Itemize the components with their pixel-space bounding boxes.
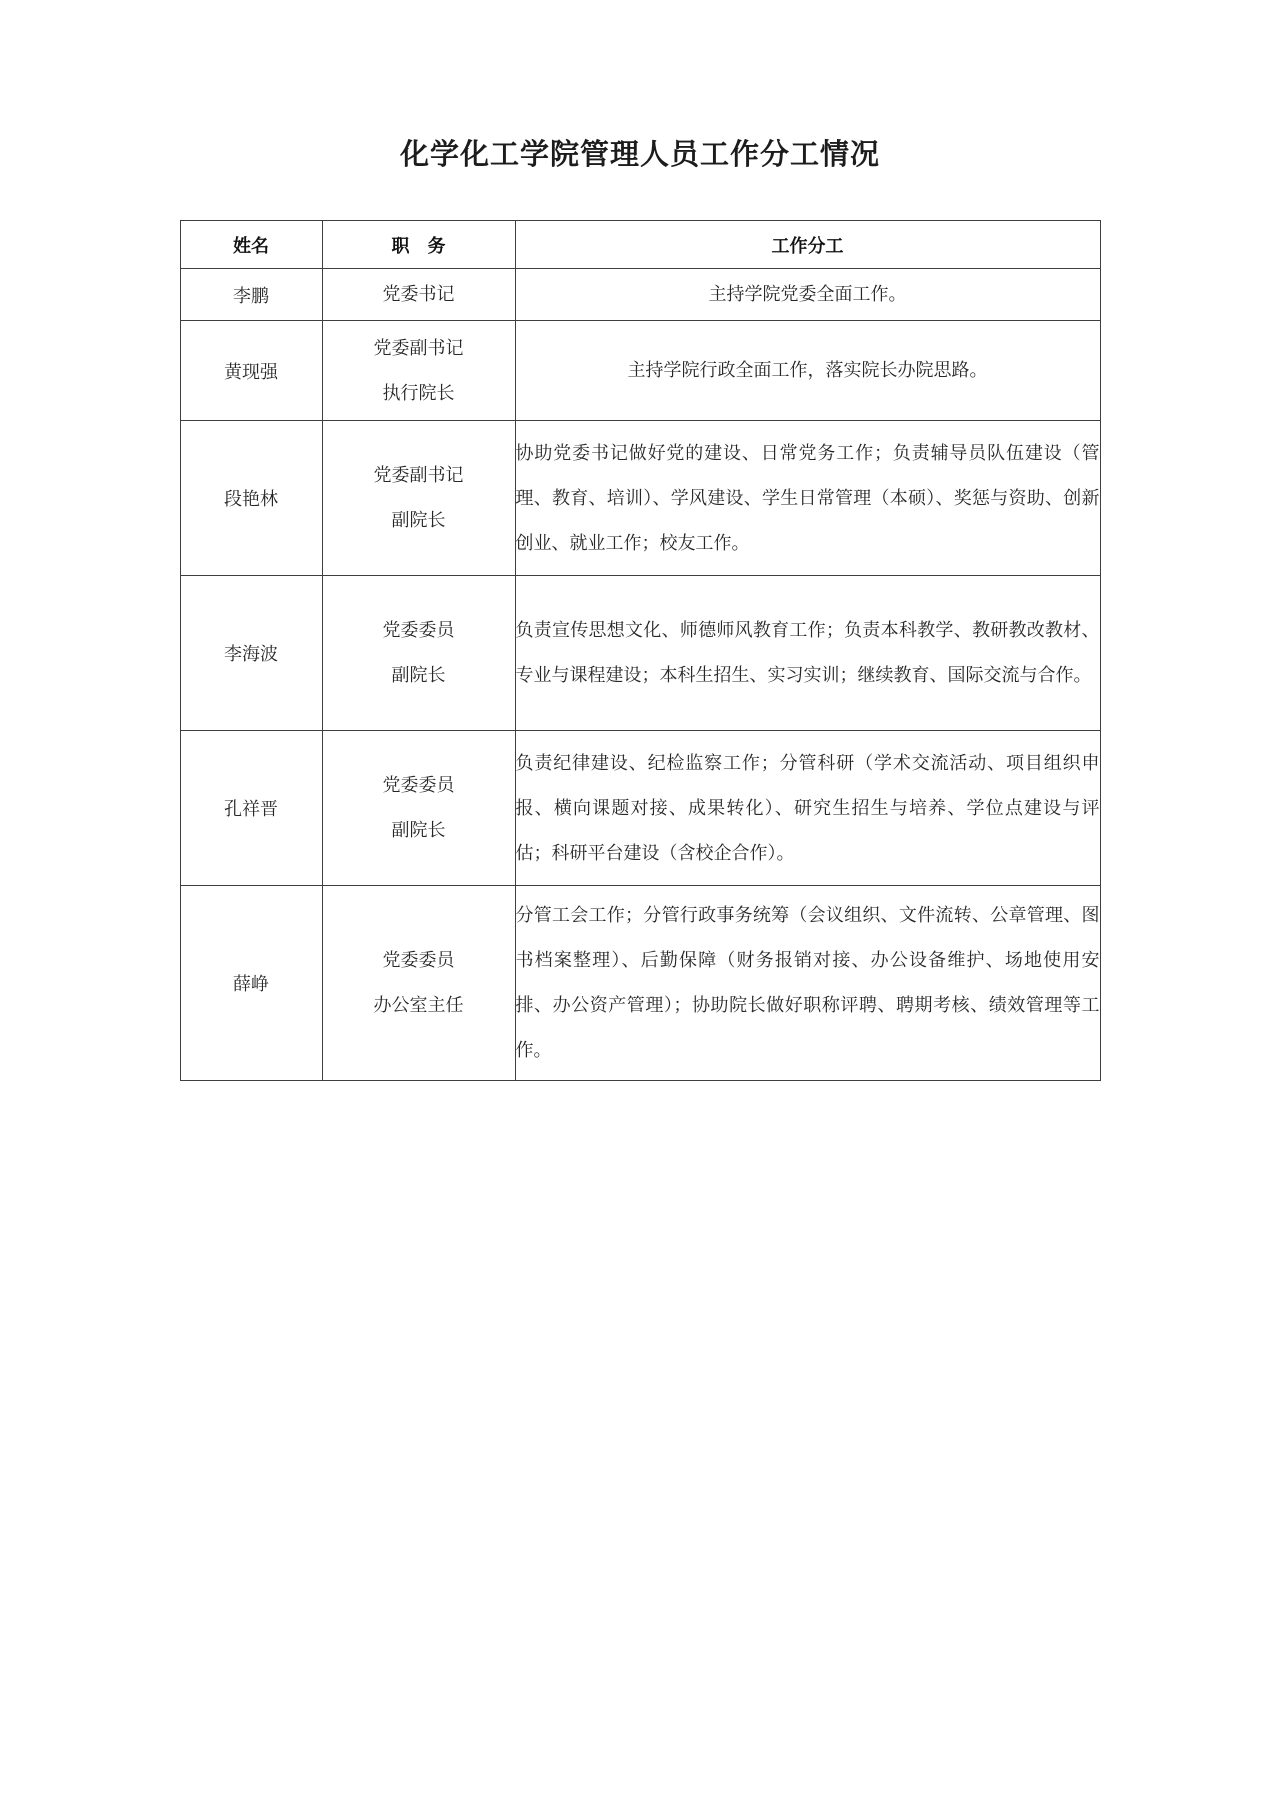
- position-line-1: 党委副书记: [323, 453, 515, 498]
- position-line-1: 党委委员: [323, 608, 515, 653]
- document-page: 化学化工学院管理人员工作分工情况 姓名 职 务 工作分工 李鹏 党委书记 主持学…: [0, 0, 1280, 1810]
- position-line-2: 执行院长: [323, 371, 515, 416]
- position-line-2: 副院长: [323, 498, 515, 543]
- table-header-row: 姓名 职 务 工作分工: [180, 221, 1100, 269]
- duties-cell: 负责宣传思想文化、师德师风教育工作；负责本科教学、教研教改教材、专业与课程建设；…: [515, 576, 1100, 731]
- duties-cell: 负责纪律建设、纪检监察工作；分管科研（学术交流活动、项目组织申报、横向课题对接、…: [515, 731, 1100, 886]
- table-row: 李海波 党委委员 副院长 负责宣传思想文化、师德师风教育工作；负责本科教学、教研…: [180, 576, 1100, 731]
- name-cell: 孔祥晋: [180, 731, 322, 886]
- page-title: 化学化工学院管理人员工作分工情况: [0, 0, 1280, 173]
- position-cell: 党委副书记 执行院长: [322, 321, 515, 421]
- col-header-duties: 工作分工: [515, 221, 1100, 269]
- name-cell: 黄现强: [180, 321, 322, 421]
- table-row: 孔祥晋 党委委员 副院长 负责纪律建设、纪检监察工作；分管科研（学术交流活动、项…: [180, 731, 1100, 886]
- duties-cell: 协助党委书记做好党的建设、日常党务工作；负责辅导员队伍建设（管理、教育、培训）、…: [515, 421, 1100, 576]
- name-cell: 李鹏: [180, 269, 322, 321]
- work-division-table: 姓名 职 务 工作分工 李鹏 党委书记 主持学院党委全面工作。 黄现强 党委副书…: [180, 220, 1101, 1081]
- col-header-name: 姓名: [180, 221, 322, 269]
- duties-cell: 主持学院党委全面工作。: [515, 269, 1100, 321]
- duties-cell: 主持学院行政全面工作，落实院长办院思路。: [515, 321, 1100, 421]
- name-cell: 薛峥: [180, 886, 322, 1081]
- position-line-1: 党委委员: [323, 763, 515, 808]
- name-cell: 李海波: [180, 576, 322, 731]
- position-line-1: 党委书记: [323, 272, 515, 317]
- col-header-position: 职 务: [322, 221, 515, 269]
- position-cell: 党委书记: [322, 269, 515, 321]
- position-line-1: 党委委员: [323, 938, 515, 983]
- table-row: 黄现强 党委副书记 执行院长 主持学院行政全面工作，落实院长办院思路。: [180, 321, 1100, 421]
- name-cell: 段艳林: [180, 421, 322, 576]
- table-row: 段艳林 党委副书记 副院长 协助党委书记做好党的建设、日常党务工作；负责辅导员队…: [180, 421, 1100, 576]
- position-cell: 党委委员 办公室主任: [322, 886, 515, 1081]
- duties-cell: 分管工会工作；分管行政事务统筹（会议组织、文件流转、公章管理、图书档案整理）、后…: [515, 886, 1100, 1081]
- position-line-2: 副院长: [323, 653, 515, 698]
- position-cell: 党委委员 副院长: [322, 731, 515, 886]
- position-cell: 党委副书记 副院长: [322, 421, 515, 576]
- position-line-1: 党委副书记: [323, 326, 515, 371]
- position-line-2: 办公室主任: [323, 983, 515, 1028]
- position-line-2: 副院长: [323, 808, 515, 853]
- position-cell: 党委委员 副院长: [322, 576, 515, 731]
- table-row: 李鹏 党委书记 主持学院党委全面工作。: [180, 269, 1100, 321]
- table-row: 薛峥 党委委员 办公室主任 分管工会工作；分管行政事务统筹（会议组织、文件流转、…: [180, 886, 1100, 1081]
